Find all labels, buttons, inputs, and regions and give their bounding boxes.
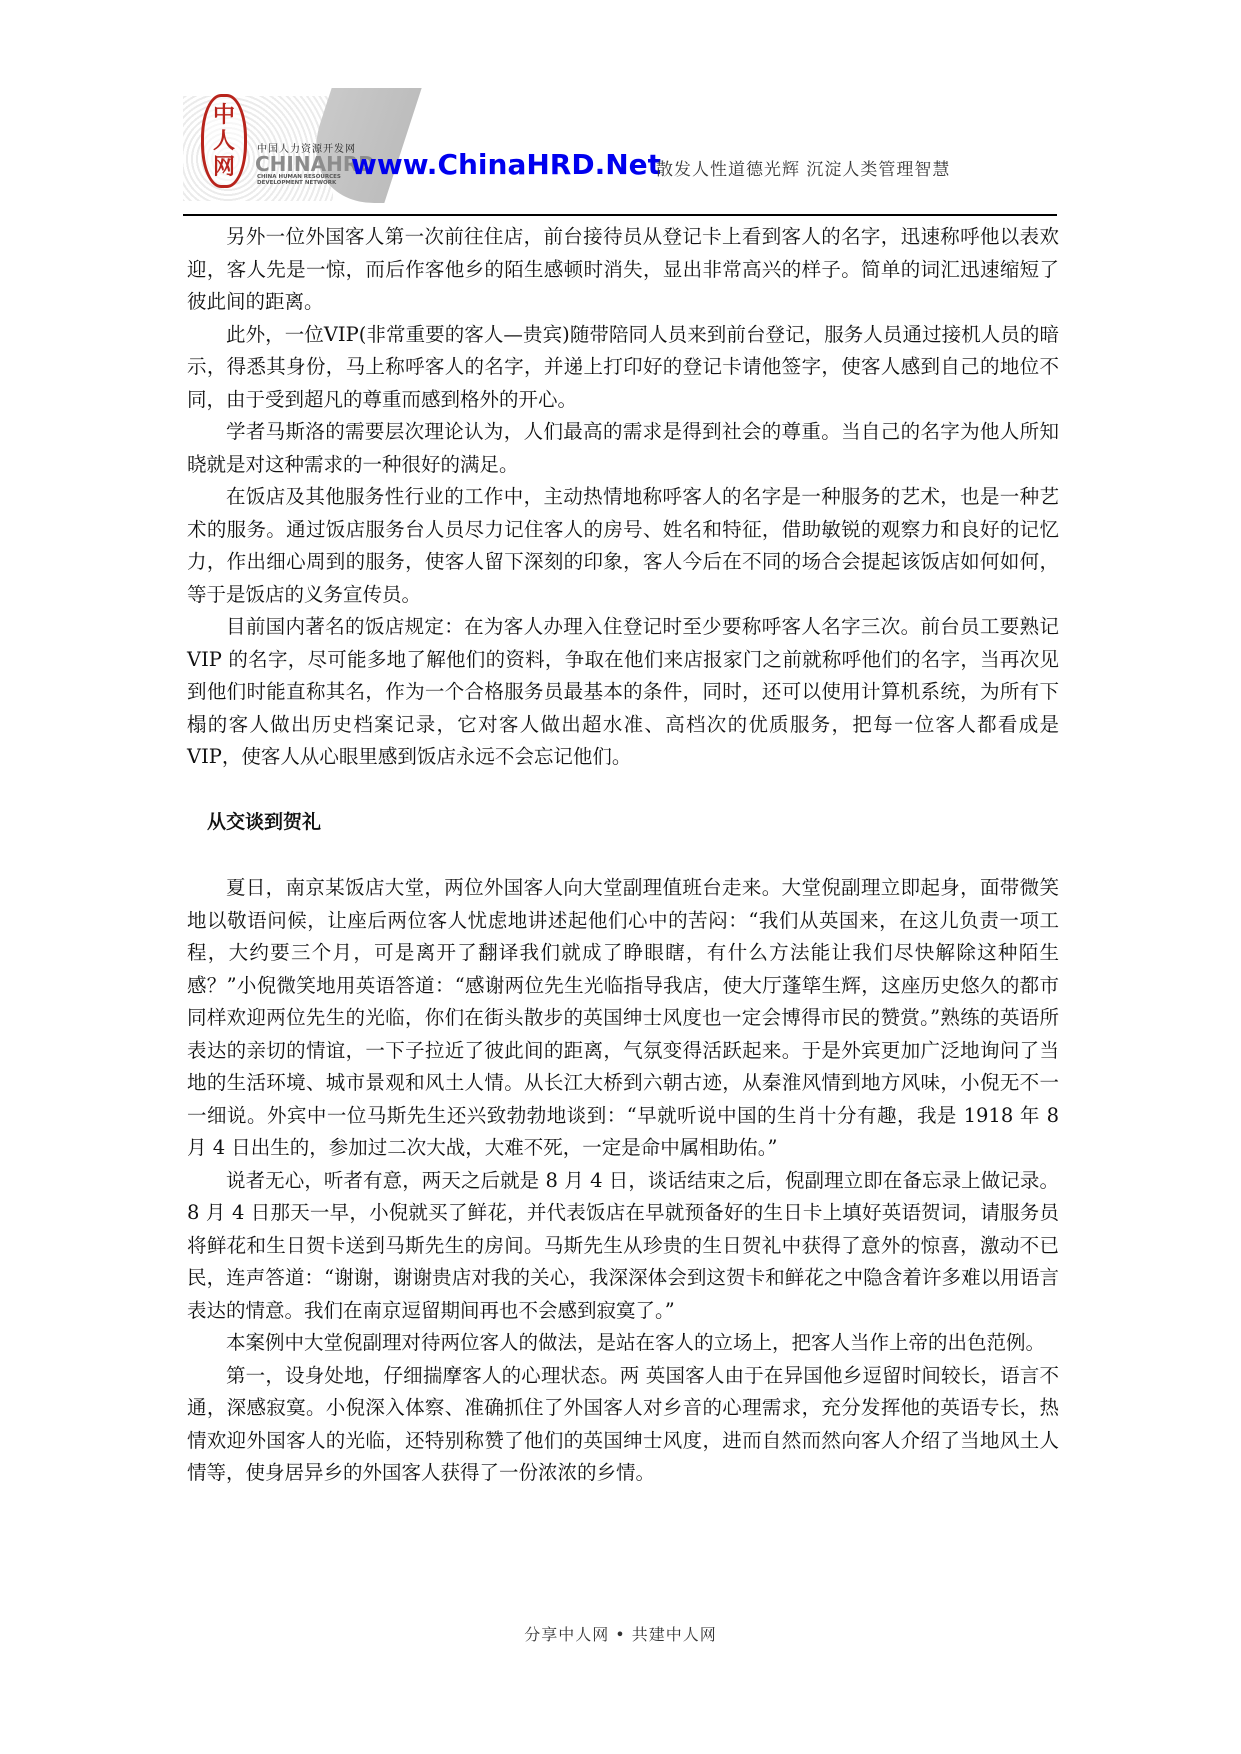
section-heading: 从交谈到贺礼: [187, 806, 1059, 839]
page-header: 中 人 网 中国人力资源开发网 CHINAHRD CHINA HUMAN RES…: [183, 88, 1057, 216]
paragraph: 此外，一位VIP(非常重要的客人—贵宾)随带陪同人员来到前台登记，服务人员通过接…: [187, 319, 1059, 417]
seal-char: 网: [213, 154, 235, 180]
paragraph: 另外一位外国客人第一次前往住店，前台接待员从登记卡上看到客人的名字，迅速称呼他以…: [187, 221, 1059, 319]
chinahrd-logo: 中 人 网 中国人力资源开发网 CHINAHRD CHINA HUMAN RES…: [183, 88, 383, 203]
page-footer: 分享中人网 • 共建中人网: [0, 1622, 1241, 1645]
header-divider: [183, 214, 1057, 216]
site-url-link[interactable]: www.ChinaHRD.Net: [351, 148, 661, 181]
paragraph: 在饭店及其他服务性行业的工作中，主动热情地称呼客人的名字是一种服务的艺术，也是一…: [187, 481, 1059, 611]
paragraph: 目前国内著名的饭店规定：在为客人办理入住登记时至少要称呼客人名字三次。前台员工要…: [187, 611, 1059, 774]
seal-char: 中: [213, 102, 235, 128]
site-slogan: 散发人性道德光辉 沉淀人类管理智慧: [656, 155, 950, 180]
spacer: [187, 774, 1059, 806]
logo-subtitle-line: DEVELOPMENT NETWORK: [257, 180, 341, 186]
paragraph: 第一，设身处地，仔细揣摩客人的心理状态。两 英国客人由于在异国他乡逗留时间较长，…: [187, 1360, 1059, 1490]
paragraph: 夏日，南京某饭店大堂，两位外国客人向大堂副理值班台走来。大堂倪副理立即起身，面带…: [187, 872, 1059, 1165]
spacer: [187, 838, 1059, 872]
seal-char: 人: [213, 128, 235, 154]
paragraph: 学者马斯洛的需要层次理论认为，人们最高的需求是得到社会的尊重。当自己的名字为他人…: [187, 416, 1059, 481]
paragraph: 本案例中大堂倪副理对待两位客人的做法，是站在客人的立场上，把客人当作上帝的出色范…: [187, 1327, 1059, 1360]
paragraph: 说者无心，听者有意，两天之后就是 8 月 4 日，谈话结束之后，倪副理立即在备忘…: [187, 1165, 1059, 1328]
document-body: 另外一位外国客人第一次前往住店，前台接待员从登记卡上看到客人的名字，迅速称呼他以…: [187, 221, 1059, 1490]
seal-logo-icon: 中 人 网: [201, 94, 247, 188]
logo-subtitle: CHINA HUMAN RESOURCES DEVELOPMENT NETWOR…: [257, 174, 341, 186]
